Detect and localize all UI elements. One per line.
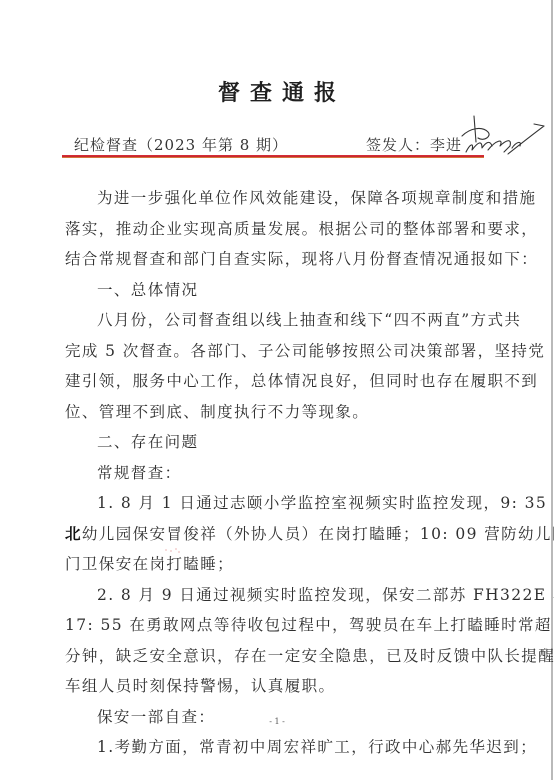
document-title: 督查通报 <box>0 76 554 107</box>
item1-bold-prefix: 北 <box>65 525 82 543</box>
section-heading-issues: 二、存在问题 <box>65 427 489 458</box>
page-number: - 1 - <box>0 717 554 726</box>
header-red-rule <box>62 155 484 158</box>
overview-line-4: 位、管理不到底、制度执行不力等现象。 <box>65 397 489 428</box>
intro-line-3: 结合常规督查和部门自查实际，现将八月份督查情况通报如下： <box>65 244 489 275</box>
section-heading-overview: 一、总体情况 <box>65 275 489 306</box>
item1-line-2-text: 幼儿园保安冒俊祥（外协人员）在岗打瞌睡；10: 09 营防幼儿园 <box>82 525 554 543</box>
item2-line-4: 车组人员时刻保持警惕，认真履职。 <box>65 671 489 702</box>
signer-block: 签发人：李进 <box>366 134 462 155</box>
item1-line-2: 北幼儿园保安冒俊祥（外协人员）在岗打瞌睡；10: 09 营防幼儿园 <box>65 519 489 550</box>
intro-line-2: 落实，推动企业实现高质量发展。根据公司的整体部署和要求， <box>65 214 489 245</box>
item2-line-2: 17: 55 在勇敢网点等待收包过程中，驾驶员在车上打瞌睡时常超 5 <box>65 610 489 641</box>
scan-speck-mark <box>163 547 183 553</box>
document-body: 为进一步强化单位作风效能建设，保障各项规章制度和措施 落实，推动企业实现高质量发… <box>65 183 489 763</box>
overview-line-1: 八月份，公司督查组以线上抽查和线下“四不两直”方式共 <box>65 305 489 336</box>
issue-number: 纪检督查（2023 年第 8 期） <box>74 134 288 155</box>
handwritten-signature-icon <box>452 112 552 160</box>
dept1-item1: 1.考勤方面，常青初中周宏祥旷工，行政中心郝先华迟到； <box>65 732 489 763</box>
item2-line-1: 2. 8 月 9 日通过视频实时监控发现，保安二部苏 FH322E 车组 <box>65 580 489 611</box>
item1-line-3: 门卫保安在岗打瞌睡； <box>65 549 489 580</box>
item2-line-3: 分钟，缺乏安全意识，存在一定安全隐患，已及时反馈中队长提醒 <box>65 641 489 672</box>
overview-line-3: 建引领，服务中心工作，总体情况良好，但同时也存在履职不到 <box>65 366 489 397</box>
signer-label: 签发人： <box>366 136 430 154</box>
overview-line-2: 完成 5 次督查。各部门、子公司能够按照公司决策部署，坚持党 <box>65 336 489 367</box>
item1-line-1: 1. 8 月 1 日通过志颐小学监控室视频实时监控发现，9: 35 丁 <box>65 488 489 519</box>
routine-inspection-label: 常规督查： <box>65 458 489 489</box>
intro-line-1: 为进一步强化单位作风效能建设，保障各项规章制度和措施 <box>65 183 489 214</box>
